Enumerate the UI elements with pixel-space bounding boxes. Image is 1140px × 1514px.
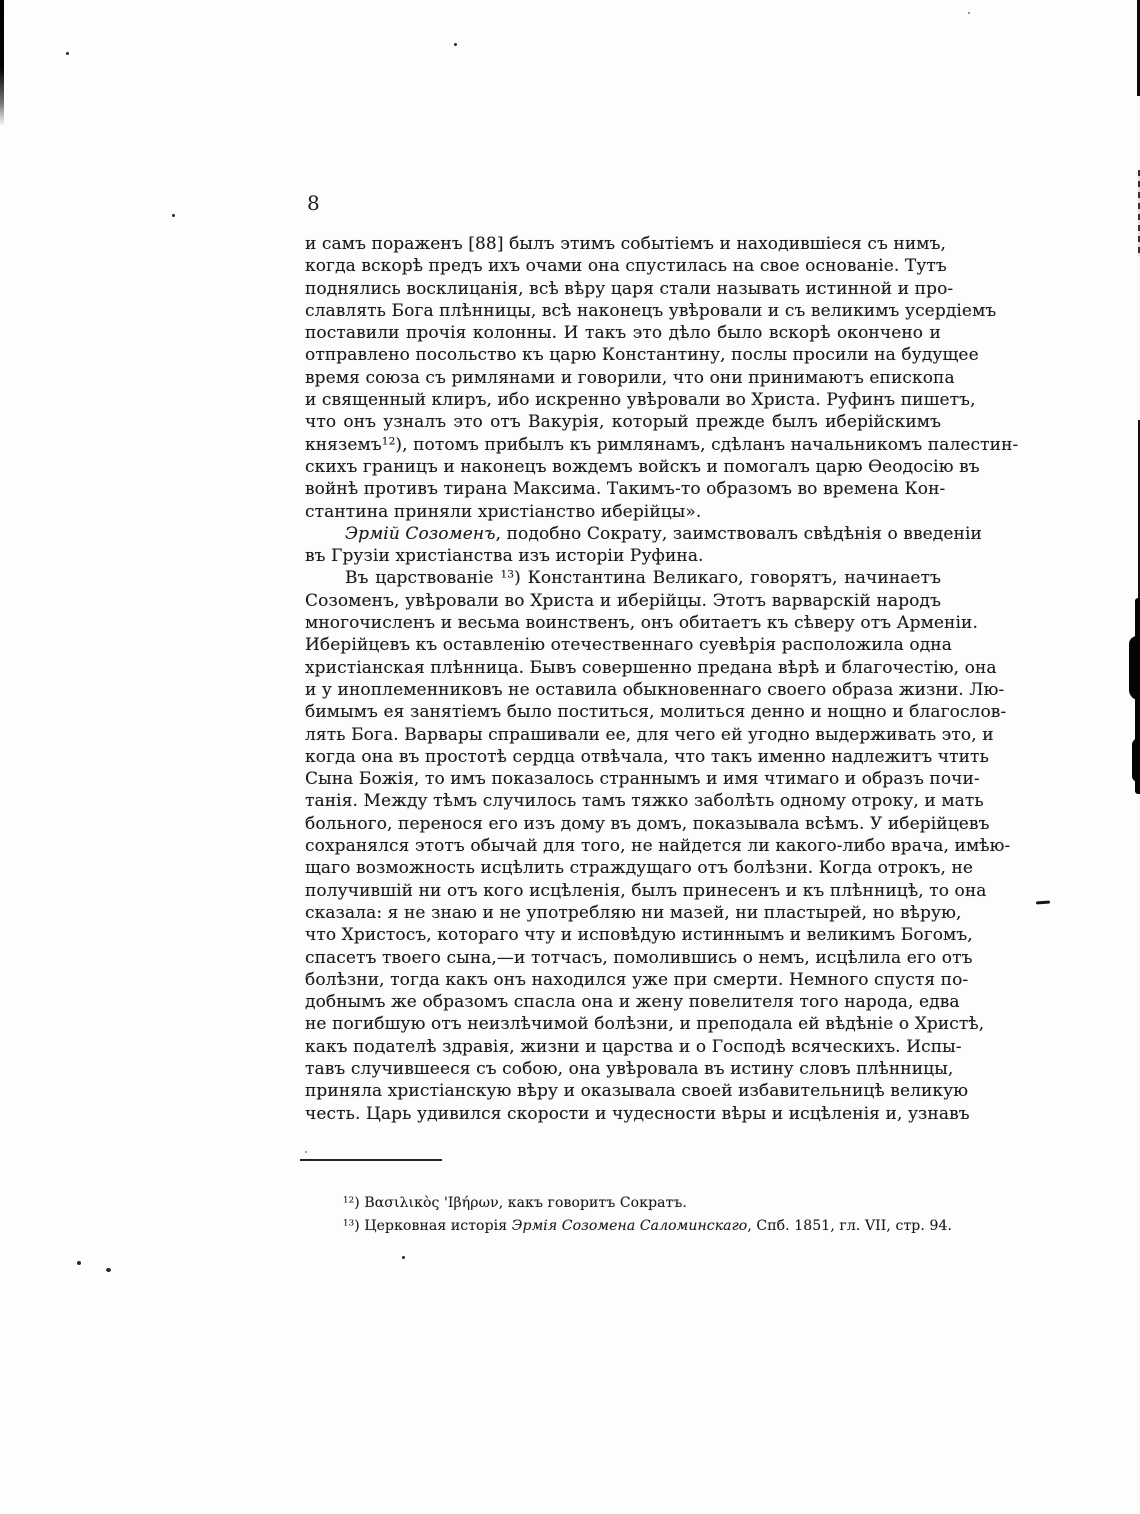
footnote-line: 12) Βασιλικὸς 'Ιβήρων, какъ говоритъ Сок…: [305, 1192, 941, 1215]
text-line: Иберійцевъ къ оставленію отечественнаго …: [305, 634, 941, 656]
text-line: танія. Между тѣмъ случилось тамъ тяжко з…: [305, 790, 941, 812]
text-line: Сына Божія, то имъ показалось страннымъ …: [305, 768, 941, 790]
text-line: время союза съ римлянами и говорили, что…: [305, 367, 941, 389]
text-line: поставили прочія колонны. И такъ это дѣл…: [305, 322, 941, 344]
scan-speck: [968, 12, 970, 14]
text-line: и священный клиръ, ибо искренно увѣровал…: [305, 389, 941, 411]
text-line: что Христосъ, котораго чту и исповѣдую и…: [305, 924, 941, 946]
text-line: сказала: я не знаю и не употребляю ни ма…: [305, 902, 941, 924]
text-line: Въ царствованіе 13) Константина Великаго…: [305, 567, 941, 589]
text-line: отправлено посольство къ царю Константин…: [305, 344, 941, 366]
text-line: скихъ границъ и наконецъ вождемъ войскъ …: [305, 456, 941, 478]
scan-ink-blob: [1129, 636, 1140, 700]
scan-speck: [106, 1268, 111, 1272]
scan-speck: [66, 52, 69, 55]
footnote-line: 13) Церковная исторія Эрмія Созомена Сал…: [305, 1215, 941, 1238]
text-line: многочисленъ и весьма воинственъ, онъ об…: [305, 612, 941, 634]
scan-speck: [305, 1151, 307, 1153]
text-line: въ Грузіи христіанства изъ исторіи Руфин…: [305, 545, 941, 567]
scan-edge-left: [0, 0, 4, 126]
text-line: и у иноплеменниковъ не оставила обыкнове…: [305, 679, 941, 701]
scan-speck: [454, 43, 457, 46]
text-line: бимымъ ея занятіемъ было поститься, моли…: [305, 701, 941, 723]
scan-ink-mark: [1036, 901, 1050, 905]
text-line: когда она въ простотѣ сердца отвѣчала, ч…: [305, 746, 941, 768]
scan-ink-blob: [1135, 598, 1140, 794]
text-line: стантина приняли христіанство иберійцы».: [305, 501, 941, 523]
text-line: не погибшую отъ неизлѣчимой болѣзни, и п…: [305, 1013, 941, 1035]
text-line: княземъ12), потомъ прибылъ къ римлянамъ,…: [305, 434, 941, 456]
text-line: получившій ни отъ кого исцѣленія, былъ п…: [305, 880, 941, 902]
text-line: добнымъ же образомъ спасла она и жену по…: [305, 991, 941, 1013]
scan-speck: [172, 214, 175, 217]
text-line: какъ подателѣ здравія, жизни и царства и…: [305, 1036, 941, 1058]
footnote-separator: [300, 1159, 442, 1161]
text-line: тавъ случившееся съ собою, она увѣровала…: [305, 1058, 941, 1080]
text-line: христіанская плѣнница. Бывъ совершенно п…: [305, 657, 941, 679]
text-line: больного, перенося его изъ дому въ домъ,…: [305, 813, 941, 835]
text-line: войнѣ противъ тирана Максима. Такимъ-то …: [305, 478, 941, 500]
footnotes: 12) Βασιλικὸς 'Ιβήρων, какъ говоритъ Сок…: [305, 1192, 941, 1238]
text-line: болѣзни, тогда какъ онъ находился уже пр…: [305, 969, 941, 991]
text-line: славлять Бога плѣнницы, всѣ наконецъ увѣ…: [305, 300, 941, 322]
text-line: когда вскорѣ предъ ихъ очами она спустил…: [305, 255, 941, 277]
text-line: что онъ узналъ это отъ Вакурія, который …: [305, 411, 941, 433]
page-number: 8: [307, 192, 320, 214]
text-line: и самъ пораженъ [88] былъ этимъ событіем…: [305, 233, 941, 255]
text-line: лять Бога. Варвары спрашивали ее, для че…: [305, 724, 941, 746]
text-line: честь. Царь удивился скорости и чудеснос…: [305, 1103, 941, 1125]
text-line: щаго возможность исцѣлить страждущаго от…: [305, 857, 941, 879]
text-line: Эрмій Созоменъ, подобно Сократу, заимств…: [305, 523, 941, 545]
text-line: поднялись восклицанія, всѣ вѣру царя ста…: [305, 278, 941, 300]
text-line: сохранялся этотъ обычай для того, не най…: [305, 835, 941, 857]
scan-ink-blob: [1132, 738, 1140, 782]
scan-speck: [402, 1256, 405, 1259]
body-text: и самъ пораженъ [88] былъ этимъ событіем…: [305, 233, 941, 1125]
text-line: приняла христіанскую вѣру и оказывала св…: [305, 1080, 941, 1102]
scan-speck: [77, 1261, 81, 1265]
text-line: Созоменъ, увѣровали во Христа и иберійцы…: [305, 590, 941, 612]
text-line: спасетъ твоего сына,—и тотчасъ, помоливш…: [305, 947, 941, 969]
document-page: 8 и самъ пораженъ [88] былъ этимъ событі…: [0, 0, 1140, 1514]
